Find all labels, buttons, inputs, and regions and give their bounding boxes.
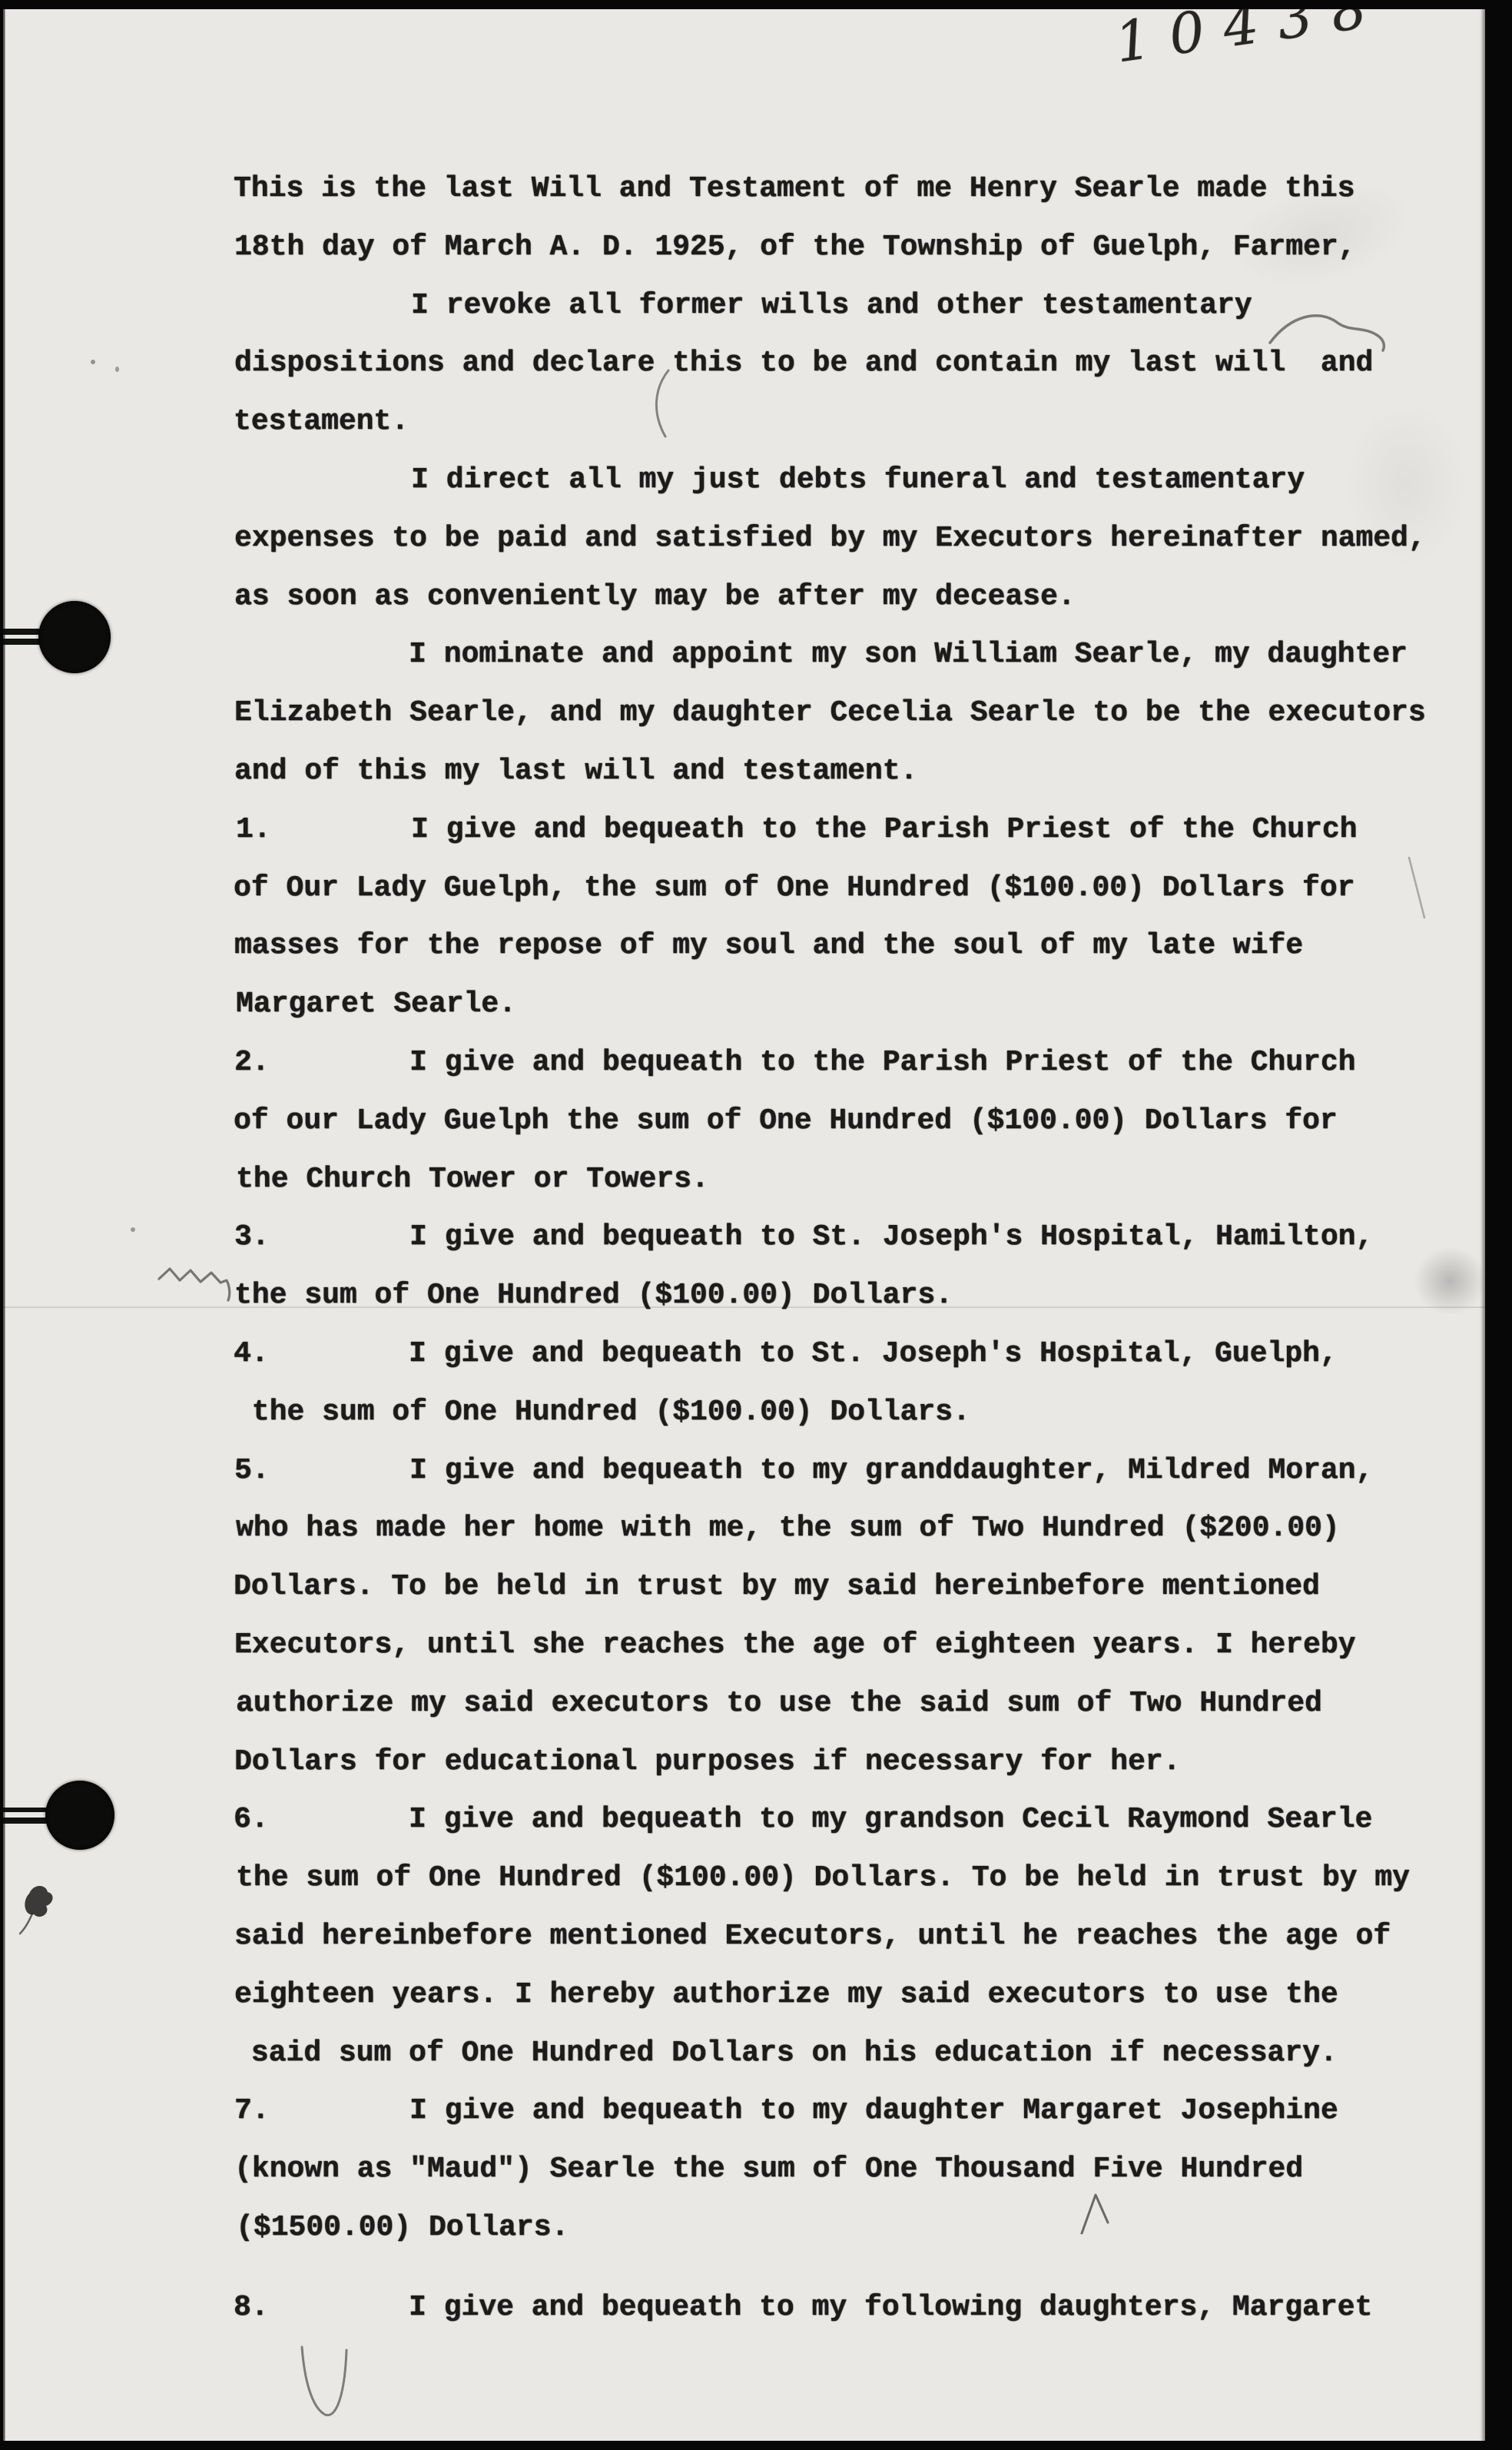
document-line: said sum of One Hundred Dollars on his e… — [234, 2024, 1463, 2083]
backslash-pencil-mark-icon — [1404, 855, 1429, 922]
document-line: of Our Lady Guelph, the sum of One Hundr… — [234, 859, 1463, 918]
wavy-pencil-mark-left-icon — [156, 1262, 240, 1304]
film-edge-left — [0, 0, 5, 2450]
document-line: I nominate and appoint my son William Se… — [234, 626, 1463, 684]
document-line: ($1500.00) Dollars. — [236, 2199, 1465, 2257]
punch-pin-stem — [0, 639, 43, 645]
document-line: Dollars. To be held in trust by my said … — [234, 1558, 1463, 1616]
document-line: Elizabeth Searle, and my daughter Ceceli… — [234, 684, 1464, 742]
document-line: the sum of One Hundred ($100.00) Dollars… — [234, 1383, 1464, 1442]
document-line: 6. I give and bequeath to my grandson Ce… — [234, 1791, 1463, 1849]
punch-pin-stem — [0, 1808, 51, 1812]
document-line: 5. I give and bequeath to my granddaught… — [234, 1442, 1464, 1500]
document-line: masses for the repose of my soul and the… — [234, 917, 1464, 975]
scanned-will-page: { "document": { "stamp_number": "10438",… — [0, 0, 1512, 2450]
document-line: Dollars for educational purposes if nece… — [234, 1733, 1464, 1791]
document-line: authorize my said executors to use the s… — [236, 1675, 1465, 1733]
document-line: 8. I give and bequeath to my following d… — [234, 2279, 1463, 2337]
punch-pin-stem — [0, 629, 43, 635]
document-line: Executors, until she reaches the age of … — [234, 1616, 1464, 1675]
document-line: of our Lady Guelph the sum of One Hundre… — [234, 1092, 1463, 1150]
document-line: the Church Tower or Towers. — [236, 1150, 1465, 1209]
stray-ink-dot — [131, 1227, 135, 1232]
punch-hole-lower — [45, 1781, 114, 1850]
stray-ink-dot — [91, 360, 95, 364]
document-line: expenses to be paid and satisfied by my … — [234, 510, 1464, 568]
film-edge-top — [0, 0, 1512, 9]
document-line: the sum of One Hundred ($100.00) Dollars… — [236, 1849, 1465, 1907]
v-curve-pencil-mark-icon — [294, 2344, 356, 2425]
document-line: the sum of One Hundred ($100.00) Dollars… — [234, 1266, 1464, 1325]
document-line: and of this my last will and testament. — [234, 742, 1464, 801]
document-line: (known as "Maud") Searle the sum of One … — [234, 2140, 1464, 2199]
caret-pencil-mark-icon — [1077, 2189, 1116, 2238]
stray-ink-dot — [115, 367, 119, 372]
document-line: 4. I give and bequeath to St. Joseph's H… — [234, 1325, 1463, 1383]
document-line: said hereinbefore mentioned Executors, u… — [234, 1907, 1464, 1966]
will-text-block: This is the last Will and Testament of m… — [234, 160, 1464, 2336]
document-line: 7. I give and bequeath to my daughter Ma… — [234, 2082, 1464, 2140]
punch-pin-stem — [0, 1818, 51, 1824]
punch-hole-upper — [38, 601, 111, 673]
document-line: who has made her home with me, the sum o… — [236, 1499, 1465, 1558]
ink-blob-left-margin-icon — [17, 1878, 63, 1936]
film-edge-right — [1485, 0, 1512, 2450]
document-line: Margaret Searle. — [236, 975, 1465, 1034]
paren-pencil-mark-icon — [648, 367, 674, 440]
document-line: 1. I give and bequeath to the Parish Pri… — [236, 801, 1465, 859]
document-line: testament. — [234, 393, 1463, 451]
document-line: This is the last Will and Testament of m… — [234, 160, 1463, 218]
document-line: eighteen years. I hereby authorize my sa… — [234, 1966, 1464, 2024]
document-line: I direct all my just debts funeral and t… — [236, 451, 1465, 510]
film-edge-bottom — [0, 2441, 1512, 2450]
pencil-squiggle-right-icon — [1264, 306, 1391, 360]
document-line: 18th day of March A. D. 1925, of the Tow… — [234, 218, 1464, 277]
document-line: as soon as conveniently may be after my … — [234, 568, 1464, 626]
document-line: 2. I give and bequeath to the Parish Pri… — [234, 1034, 1464, 1092]
document-line: 3. I give and bequeath to St. Joseph's H… — [234, 1208, 1464, 1266]
